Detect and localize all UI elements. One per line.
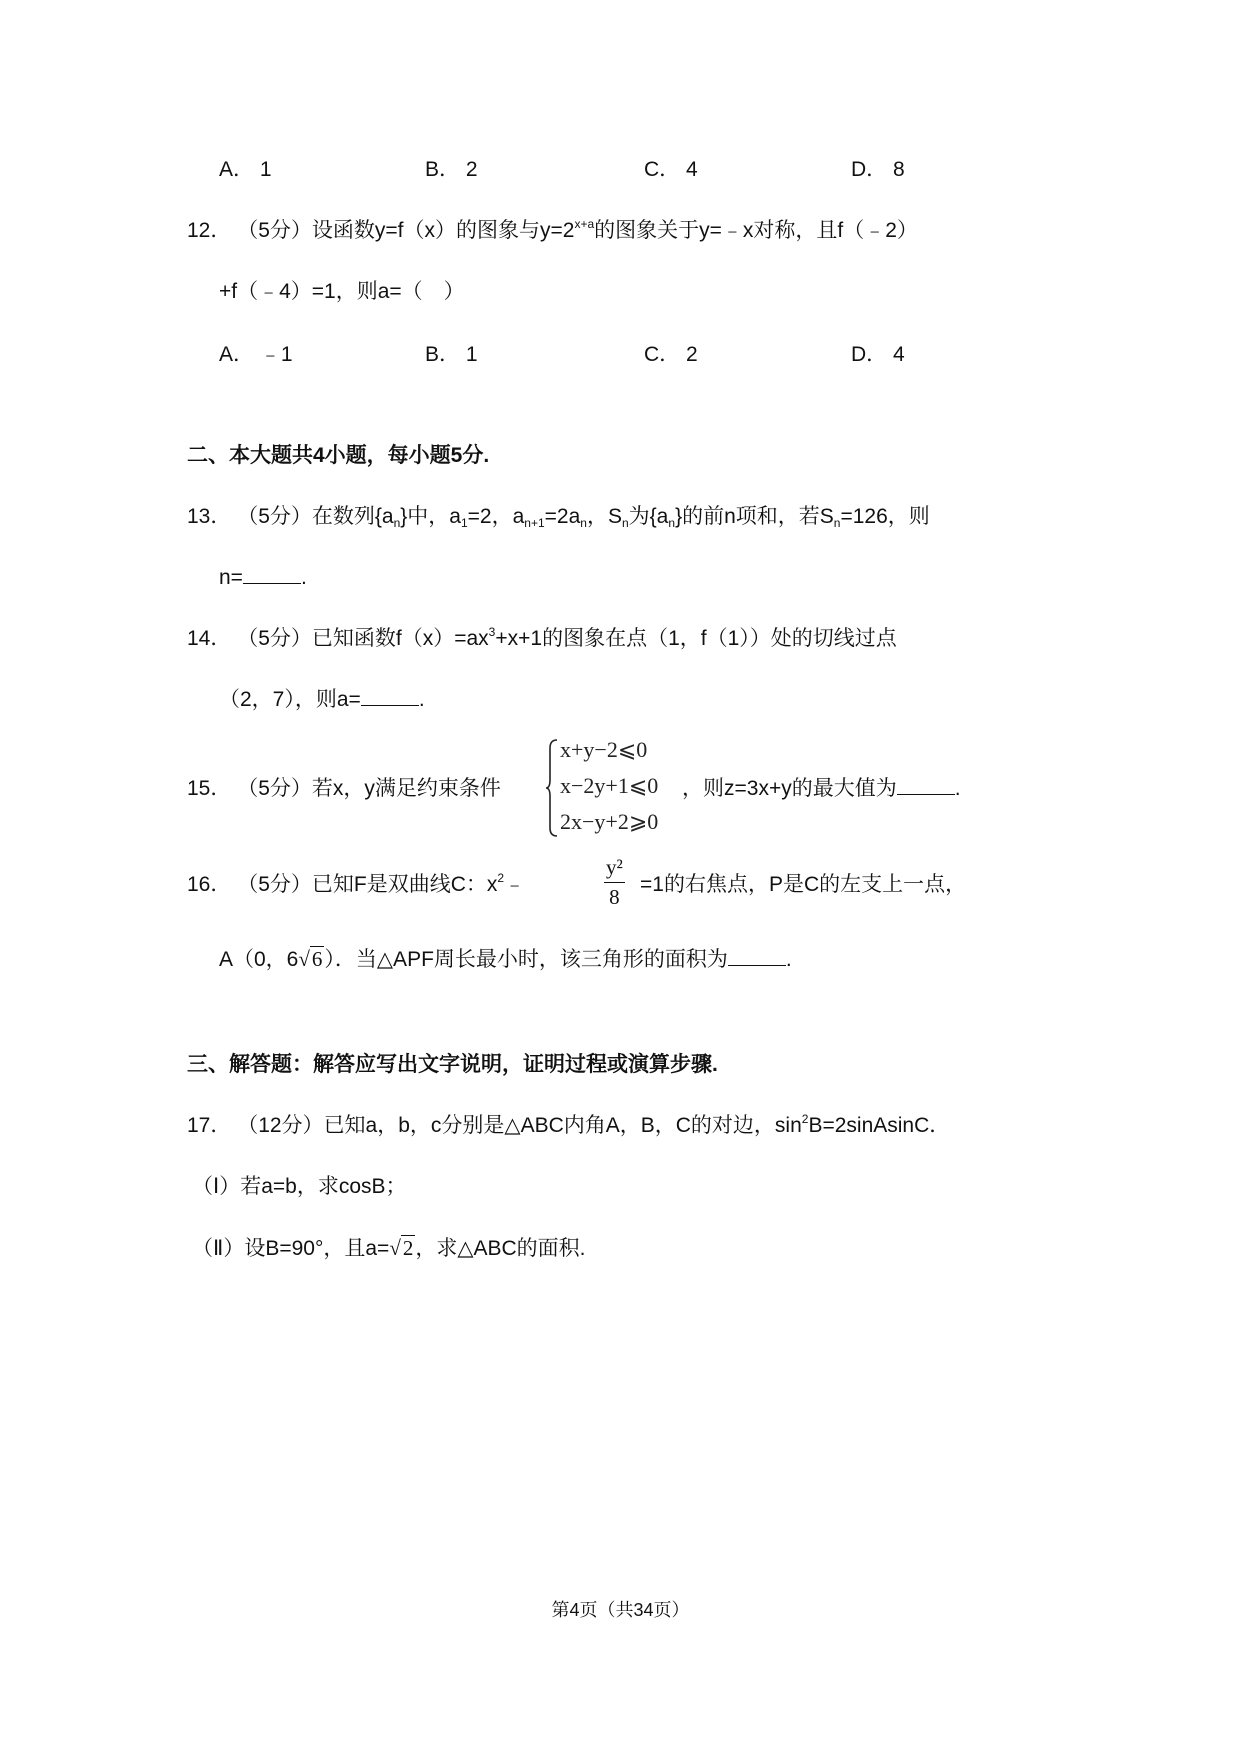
option-label: D． bbox=[851, 343, 887, 366]
radicand: 6 bbox=[310, 946, 325, 971]
exponent: x+a bbox=[574, 217, 594, 231]
question-text: 已知函数f（x）=ax bbox=[312, 627, 489, 650]
option-label: D． bbox=[851, 158, 887, 181]
question-text: A（0，6 bbox=[219, 948, 298, 971]
subscript: n bbox=[580, 516, 587, 530]
question-text: 的图象关于y=﹣x对称，且f（﹣2） bbox=[594, 219, 918, 242]
numerator: y² bbox=[604, 852, 625, 883]
question-text: n= bbox=[219, 566, 243, 589]
question-text: 在数列{a bbox=[312, 505, 394, 528]
q15-line: 15． （5分）若x，y满足约束条件 bbox=[187, 774, 501, 804]
question-text: 设函数y=f（x）的图象与y=2 bbox=[312, 219, 575, 242]
answer-blank[interactable] bbox=[361, 685, 419, 706]
section-3-heading: 三、解答题：解答应写出文字说明，证明过程或演算步骤. bbox=[187, 1050, 718, 1080]
option-value: 2 bbox=[686, 343, 698, 366]
subscript: n bbox=[622, 516, 629, 530]
q17-line1: 17． （12分）已知a，b，c分别是△ABC内角A，B，C的对边，sin2B=… bbox=[187, 1111, 950, 1141]
answer-blank[interactable] bbox=[728, 945, 786, 966]
period: . bbox=[955, 777, 961, 800]
denominator: 8 bbox=[604, 883, 625, 911]
q13-line2: n=. bbox=[219, 563, 307, 593]
q13-line1: 13． （5分）在数列{an}中，a1=2，an+1=2an，Sn为{an}的前… bbox=[187, 502, 930, 532]
option-value: ﹣1 bbox=[260, 343, 293, 366]
option-label: C． bbox=[644, 158, 680, 181]
question-number: 13． bbox=[187, 505, 231, 528]
option-value: 4 bbox=[893, 343, 905, 366]
q11-option-c: C． 4 bbox=[644, 155, 698, 185]
question-text: =126，则 bbox=[840, 505, 929, 528]
sqrt-6: √6 bbox=[298, 946, 324, 971]
sqrt-2: √2 bbox=[389, 1235, 415, 1260]
period: . bbox=[301, 566, 307, 589]
question-score: （5分） bbox=[237, 219, 312, 242]
question-text: 已知a，b，c分别是△ABC内角A，B，C的对边，sin bbox=[324, 1114, 802, 1137]
question-text: =2a bbox=[545, 505, 581, 528]
question-score: （12分） bbox=[237, 1114, 323, 1137]
question-text: }中，a bbox=[400, 505, 461, 528]
option-value: 4 bbox=[686, 158, 698, 181]
q17-part1: （Ⅰ）若a=b，求cosB； bbox=[192, 1172, 407, 1202]
question-text: B=2sinAsinC． bbox=[808, 1114, 950, 1137]
option-label: A． bbox=[219, 158, 254, 181]
question-text: 已知F是双曲线C：x bbox=[312, 873, 498, 896]
option-label: B． bbox=[425, 343, 460, 366]
answer-blank[interactable] bbox=[897, 774, 955, 795]
option-label: A． bbox=[219, 343, 254, 366]
q16-line1: 16． （5分）已知F是双曲线C：x2﹣ bbox=[187, 870, 525, 900]
option-label: B． bbox=[425, 158, 460, 181]
question-score: （5分） bbox=[237, 777, 312, 800]
option-value: 8 bbox=[893, 158, 905, 181]
q12-option-b: B． 1 bbox=[425, 340, 478, 370]
question-text: +x+1的图象在点（1，f（1））处的切线过点 bbox=[495, 627, 896, 650]
question-score: （5分） bbox=[237, 873, 312, 896]
subscript: 1 bbox=[461, 516, 468, 530]
minus-sign: ﹣ bbox=[504, 873, 525, 896]
question-text: 若x，y满足约束条件 bbox=[312, 777, 501, 800]
question-text: =2，a bbox=[468, 505, 525, 528]
section-2-heading: 二、本大题共4小题，每小题5分. bbox=[187, 441, 489, 471]
q12-option-d: D． 4 bbox=[851, 340, 905, 370]
question-text: （2，7），则a= bbox=[219, 688, 361, 711]
subscript: n+1 bbox=[524, 516, 544, 530]
q16-line1-tail: =1的右焦点，P是C的左支上一点， bbox=[640, 870, 966, 900]
constraint-2: x−2y+1⩽0 bbox=[560, 768, 658, 804]
option-value: 1 bbox=[260, 158, 272, 181]
question-number: 14． bbox=[187, 627, 231, 650]
q15-line-tail: ，则z=3x+y的最大值为. bbox=[682, 774, 961, 804]
q14-line1: 14． （5分）已知函数f（x）=ax3+x+1的图象在点（1，f（1））处的切… bbox=[187, 624, 897, 654]
question-text: ，求△ABC的面积. bbox=[415, 1237, 585, 1260]
question-text: ，S bbox=[587, 505, 622, 528]
question-score: （5分） bbox=[237, 627, 312, 650]
question-number: 17． bbox=[187, 1114, 231, 1137]
option-label: C． bbox=[644, 343, 680, 366]
left-brace-icon bbox=[545, 738, 559, 838]
constraint-1: x+y−2⩽0 bbox=[560, 732, 647, 768]
fraction-y2-over-8: y² 8 bbox=[604, 852, 625, 911]
question-text: ）．当△APF周长最小时，该三角形的面积为 bbox=[324, 948, 728, 971]
question-text: }的前n项和，若S bbox=[675, 505, 834, 528]
question-number: 15． bbox=[187, 777, 231, 800]
answer-blank[interactable] bbox=[243, 563, 301, 584]
option-value: 2 bbox=[466, 158, 478, 181]
option-value: 1 bbox=[466, 343, 478, 366]
question-text: +f（﹣4）=1，则a=（ ） bbox=[219, 280, 465, 303]
radicand: 2 bbox=[401, 1235, 416, 1260]
q11-option-a: A． 1 bbox=[219, 155, 272, 185]
q12-option-a: A． ﹣1 bbox=[219, 340, 293, 370]
period: . bbox=[419, 688, 425, 711]
q12-option-c: C． 2 bbox=[644, 340, 698, 370]
q17-part2: （Ⅱ）设B=90°，且a=√2，求△ABC的面积. bbox=[192, 1233, 586, 1264]
question-number: 12． bbox=[187, 219, 231, 242]
question-text: =1的右焦点，P是C的左支上一点， bbox=[640, 873, 966, 896]
question-text: ，则z=3x+y的最大值为 bbox=[682, 777, 897, 800]
question-score: （5分） bbox=[237, 505, 312, 528]
question-text: 为{a bbox=[629, 505, 669, 528]
q12-line1: 12． （5分）设函数y=f（x）的图象与y=2x+a的图象关于y=﹣x对称，且… bbox=[187, 216, 918, 246]
question-text: （Ⅱ）设B=90°，且a= bbox=[192, 1237, 389, 1260]
q11-option-b: B． 2 bbox=[425, 155, 478, 185]
q14-line2: （2，7），则a=. bbox=[219, 685, 425, 715]
page-footer: 第4页（共34页） bbox=[0, 1597, 1241, 1623]
period: . bbox=[786, 948, 792, 971]
constraint-3: 2x−y+2⩾0 bbox=[560, 804, 658, 840]
q11-option-d: D． 8 bbox=[851, 155, 905, 185]
q12-line2: +f（﹣4）=1，则a=（ ） bbox=[219, 277, 465, 307]
q16-line2: A（0，6√6）．当△APF周长最小时，该三角形的面积为. bbox=[219, 944, 792, 975]
question-number: 16． bbox=[187, 873, 231, 896]
